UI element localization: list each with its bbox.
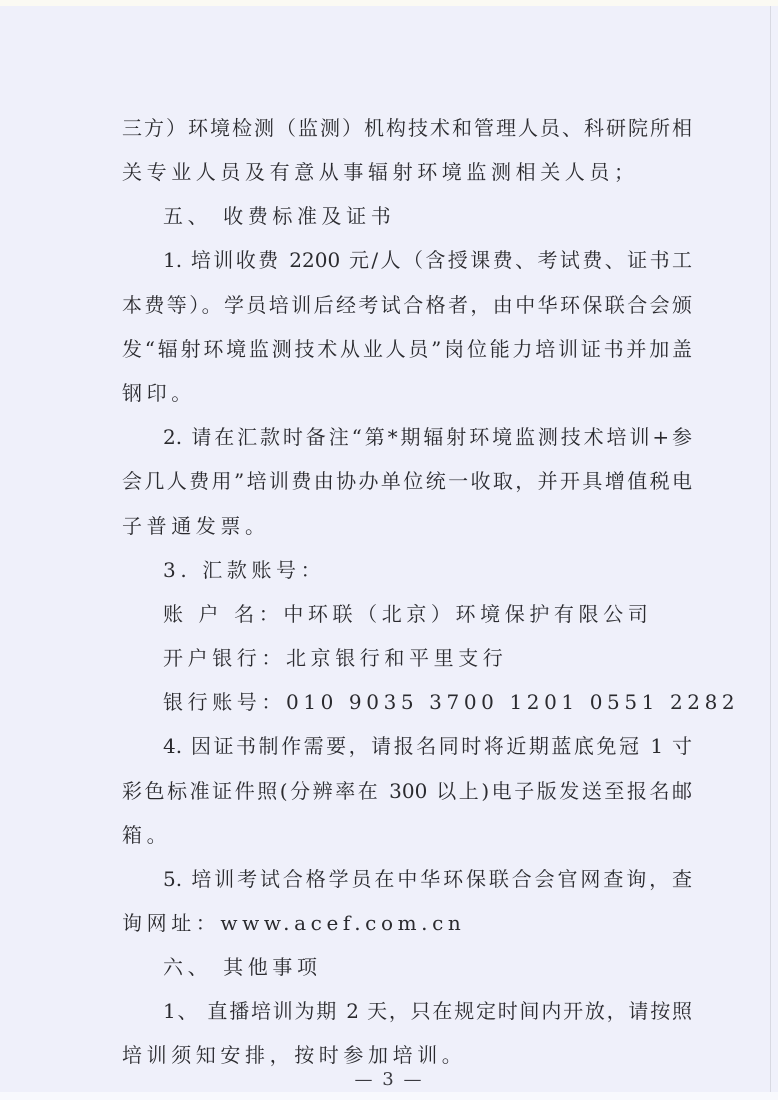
text-line-2: 关专业人员及有意从事辐射环境监测相关人员； bbox=[122, 157, 692, 187]
other-item-1-line-1: 1、 直播培训为期 2 天，只在规定时间内开放，请按照 bbox=[163, 996, 692, 1026]
item-1-fee-line-4: 钢印。 bbox=[122, 378, 692, 408]
item-4-photo-line-2: 彩色标准证件照(分辨率在 300 以上)电子版发送至报名邮 bbox=[122, 776, 692, 806]
item-5-query-line-1: 5. 培训考试合格学员在中华环保联合会官网查询，查 bbox=[163, 864, 692, 894]
item-2-remark-line-3: 子普通发票。 bbox=[122, 511, 692, 541]
text-line-1: 三方）环境检测（监测）机构技术和管理人员、科研院所相 bbox=[122, 113, 692, 143]
section-heading-fees: 五、 收费标准及证书 bbox=[163, 201, 733, 231]
other-item-1-line-2: 培训须知安排，按时参加培训。 bbox=[122, 1040, 692, 1070]
page-number: — 3 — bbox=[0, 1068, 778, 1092]
account-name: 账 户 名：中环联（北京）环境保护有限公司 bbox=[163, 599, 733, 629]
item-1-fee-line-2: 本费等）。学员培训后经考试合格者，由中华环保联合会颁 bbox=[122, 290, 692, 320]
item-2-remark-line-1: 2. 请在汇款时备注“第*期辐射环境监测技术培训+参 bbox=[163, 422, 692, 452]
account-number: 银行账号：010 9035 3700 1201 0551 2282 bbox=[163, 687, 733, 717]
item-1-fee-line-3: 发“辐射环境监测技术从业人员”岗位能力培训证书并加盖 bbox=[122, 334, 692, 364]
section-heading-other: 六、 其他事项 bbox=[163, 952, 733, 982]
bank-name: 开户银行：北京银行和平里支行 bbox=[163, 643, 733, 673]
item-2-remark-line-2: 会几人费用”培训费由协办单位统一收取，并开具增值税电 bbox=[122, 466, 692, 496]
item-1-fee-line-1: 1. 培训收费 2200 元/人（含授课费、考试费、证书工 bbox=[163, 245, 692, 275]
item-4-photo-line-3: 箱。 bbox=[122, 820, 692, 850]
item-3-account-heading: 3. 汇款账号： bbox=[163, 555, 733, 585]
item-5-query-line-2: 询网址：www.acef.com.cn bbox=[122, 908, 692, 938]
item-4-photo-line-1: 4. 因证书制作需要，请报名同时将近期蓝底免冠 1 寸 bbox=[163, 731, 692, 761]
scan-bottom-edge bbox=[0, 1092, 778, 1100]
